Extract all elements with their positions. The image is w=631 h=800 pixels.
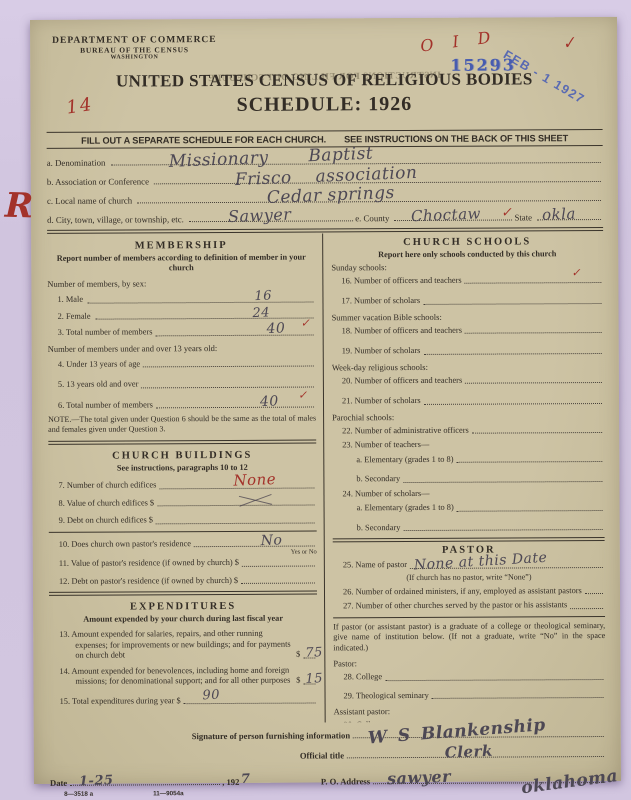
q24b-secondary: b. Secondary <box>357 522 605 534</box>
dollar-sign: $ <box>150 498 154 509</box>
official-title-row: Official title Clerk <box>50 748 606 761</box>
red-margin-letter: R <box>4 186 33 227</box>
dotted-line <box>424 401 602 405</box>
date-label: Date <box>50 777 67 787</box>
field-local-name: c. Local name of church Cedar springs <box>47 193 603 206</box>
dotted-line: sawyer oklahoma <box>373 780 604 784</box>
q11-value-residence: 11. Value of pastor's residence (if owne… <box>49 558 317 570</box>
q23-teachers: 23. Number of teachers— <box>332 439 604 451</box>
summer-schools-label: Summer vacation Bible schools: <box>332 311 604 322</box>
dotted-line <box>432 695 604 699</box>
check-icon: ✓ <box>571 266 581 280</box>
q20-officers-teachers: 20. Number of officers and teachers <box>332 375 604 387</box>
dotted-line: 40 ✓ <box>156 405 314 409</box>
county-value: Choctaw <box>411 204 482 225</box>
year-printed: , 192 <box>222 776 239 786</box>
q24-scholars: 24. Number of scholars— <box>332 488 604 500</box>
dotted-line <box>472 430 602 434</box>
dollar-sign: $ <box>296 650 300 661</box>
q8-value-edifices: 8. Value of church edifices $ <box>49 497 317 509</box>
dotted-line <box>457 508 603 512</box>
dotted-line: 15 <box>303 681 315 684</box>
check-icon: ✓ <box>301 316 311 330</box>
city-label: d. City, town, village, or township, etc… <box>47 214 186 225</box>
local-name-label: c. Local name of church <box>47 195 134 205</box>
official-title-label: Official title <box>300 750 344 760</box>
dollar-sign: $ <box>235 558 239 569</box>
church-schools-section: CHURCH SCHOOLS Report here only schools … <box>331 236 605 534</box>
q28-college: 28. College <box>333 671 605 683</box>
expenditures-section: EXPENDITURES Amount expended by your chu… <box>49 601 318 708</box>
q4-under-13: 4. Under 13 years of age <box>48 358 316 370</box>
dotted-line: okla <box>537 217 601 220</box>
dotted-line <box>157 503 314 507</box>
section-divider <box>48 439 316 444</box>
q3-value: 40 <box>266 321 286 339</box>
right-column: CHURCH SCHOOLS Report here only schools … <box>322 232 606 722</box>
q16-officers-teachers: 16. Number of officers and teachers ✓ <box>331 275 603 287</box>
agency-department: DEPARTMENT OF COMMERCE <box>52 35 217 46</box>
dotted-line <box>585 591 603 594</box>
weekday-schools-label: Week-day religious schools: <box>332 361 604 372</box>
church-buildings-section: CHURCH BUILDINGS See instructions, parag… <box>48 449 317 587</box>
dotted-line: ✓ <box>465 280 602 284</box>
dotted-line <box>242 563 315 566</box>
q14-value: 15 <box>305 671 323 688</box>
dollar-sign: $ <box>296 676 300 687</box>
dotted-line: Cedar springs <box>137 198 601 203</box>
q10-value: No <box>260 532 282 550</box>
address-label: P. O. Address <box>321 776 370 786</box>
dotted-line <box>156 520 315 524</box>
year-value: 7 <box>241 771 251 786</box>
date-address-row: Date 1-25 , 192 7 P. O. Address sawyer o… <box>50 769 606 787</box>
church-buildings-heading: CHURCH BUILDINGS <box>48 449 316 461</box>
q1-male: 1. Male 16 <box>47 294 315 306</box>
dotted-line <box>403 479 602 483</box>
members-by-age-label: Number of members under and over 13 year… <box>48 342 316 353</box>
form-code-right: 11—9054a <box>153 790 184 797</box>
scanned-document-view: { "colors":{"paper":"#c9bf9f","backgroun… <box>0 0 631 800</box>
dotted-line <box>457 459 603 463</box>
q6-value: 40 <box>260 393 280 411</box>
q27-other-churches: 27. Number of other churches served by t… <box>333 600 605 612</box>
dotted-line: 16 <box>88 299 314 303</box>
date-value: 1-25 <box>79 772 114 788</box>
signature-section: Signature of person furnishing informati… <box>50 728 606 797</box>
q10-own-residence: 10. Does church own pastor's residence N… <box>49 538 317 550</box>
spacer <box>50 741 192 742</box>
dotted-line: 75 <box>303 655 315 658</box>
q17-scholars: 17. Number of scholars <box>331 295 603 307</box>
dotted-line <box>423 351 601 355</box>
strikeout-mark <box>239 492 273 508</box>
q23b-secondary: b. Secondary <box>356 473 604 485</box>
membership-heading: MEMBERSHIP <box>47 239 315 251</box>
association-label: b. Association or Conference <box>47 176 151 187</box>
members-by-sex-label: Number of members, by sex: <box>47 278 315 289</box>
state-value: okla <box>542 204 577 223</box>
q15-total-expenditures: 15. Total expenditures during year $ 90 <box>50 695 318 707</box>
dollar-sign: $ <box>149 515 153 526</box>
official-title-value: Clerk <box>444 741 493 761</box>
q12-debt-residence: 12. Debt on pastor's residence (if owned… <box>49 575 317 587</box>
dotted-line <box>465 380 602 384</box>
denomination-label: a. Denomination <box>47 157 108 167</box>
q7-value: None <box>233 470 276 490</box>
q13-value: 75 <box>305 645 323 662</box>
form-content: DEPARTMENT OF COMMERCE BUREAU OF THE CEN… <box>30 17 621 784</box>
agency-block: DEPARTMENT OF COMMERCE BUREAU OF THE CEN… <box>52 35 217 61</box>
dotted-line <box>143 364 314 368</box>
membership-subheading: Report number of members according to de… <box>47 252 315 274</box>
membership-section: MEMBERSHIP Report number of members acco… <box>47 239 316 436</box>
red-handwritten-annotation: O I D <box>419 27 498 56</box>
q6-total-members: 6. Total number of members 40 ✓ <box>48 399 316 411</box>
section-divider <box>333 537 605 542</box>
signature-row: Signature of person furnishing informati… <box>50 728 606 741</box>
q9-debt-edifices: 9. Debt on church edifices $ <box>49 515 317 527</box>
left-column: MEMBERSHIP Report number of members acco… <box>47 233 325 723</box>
membership-note: NOTE.—The total given under Question 6 s… <box>48 414 316 436</box>
q2-value: 24 <box>252 305 270 322</box>
q19-scholars: 19. Number of scholars <box>332 345 604 357</box>
check-icon: ✓ <box>560 32 577 53</box>
q18-officers-teachers: 18. Number of officers and teachers <box>332 325 604 337</box>
banner-left-text: FILL OUT A SEPARATE SCHEDULE FOR EACH CH… <box>81 134 326 145</box>
q23a-elementary: a. Elementary (grades 1 to 8) <box>356 454 604 466</box>
pastor-section: PASTOR 25. Name of pastor None at this D… <box>333 544 606 723</box>
dollar-sign: $ <box>176 696 180 707</box>
dotted-line <box>465 330 602 334</box>
field-city-county-state: d. City, town, village, or township, etc… <box>47 212 603 225</box>
dotted-line: Choctaw ✓ <box>394 217 512 221</box>
rule <box>333 616 605 618</box>
dotted-line <box>141 384 314 388</box>
form-header: DEPARTMENT OF COMMERCE BUREAU OF THE CEN… <box>46 29 603 132</box>
spacer <box>50 760 300 761</box>
dotted-line: W S Blankenship <box>353 734 604 738</box>
check-icon: ✓ <box>501 205 513 220</box>
q21-scholars: 21. Number of scholars <box>332 395 604 407</box>
county-label: e. County <box>355 213 391 223</box>
dotted-line <box>241 581 315 584</box>
check-icon: ✓ <box>298 389 308 403</box>
q1-value: 16 <box>254 289 272 306</box>
dotted-line: 24 <box>95 316 313 320</box>
sunday-schools-label: Sunday schools: <box>331 261 603 272</box>
q13-running-expenses: 13. Amount expended for salaries, repair… <box>49 629 317 662</box>
dotted-line: No <box>194 544 315 548</box>
dotted-line: None <box>159 485 314 489</box>
q7-edifices: 7. Number of church edifices None <box>48 480 316 492</box>
pastor-group-label: Pastor: <box>333 657 605 668</box>
dotted-line <box>403 527 602 531</box>
assistant-pastor-label: Assistant pastor: <box>334 705 606 716</box>
form-code-left: 8—3518 a <box>64 790 93 797</box>
q25-hint: (If church has no pastor, write “None”) <box>333 572 605 583</box>
parochial-schools-label: Parochial schools: <box>332 411 604 422</box>
q25-pastor-name: 25. Name of pastor None at this Date <box>333 559 605 571</box>
dotted-line: Sawyer <box>189 218 353 222</box>
q29-seminary: 29. Theological seminary <box>334 690 606 702</box>
field-association: b. Association or Conference Frisco asso… <box>47 174 603 187</box>
q24a-elementary: a. Elementary (grades 1 to 8) <box>357 502 605 514</box>
identification-section: a. Denomination Missionary Baptist b. As… <box>47 155 603 225</box>
form-schedule-title: SCHEDULE: 1926 <box>46 92 602 118</box>
graduate-note: If pastor (or assistant pastor) is a gra… <box>333 621 605 654</box>
census-form-sheet: R DEPARTMENT OF COMMERCE BUREAU OF THE C… <box>30 17 621 784</box>
agency-city: WASHINGTON <box>52 54 217 61</box>
signature-label: Signature of person furnishing informati… <box>192 730 350 741</box>
form-columns: MEMBERSHIP Report number of members acco… <box>47 232 606 724</box>
q5-over-13: 5. 13 years old and over <box>48 379 316 391</box>
dotted-line: 40 ✓ <box>156 332 314 336</box>
banner-right-text: SEE INSTRUCTIONS ON THE BACK OF THIS SHE… <box>344 133 568 144</box>
dotted-line: Clerk <box>347 754 604 758</box>
q22-admin-officers: 22. Number of administrative officers <box>332 425 604 437</box>
city-value: Sawyer <box>228 204 292 226</box>
dotted-line <box>423 301 601 305</box>
dotted-line: 1-25 <box>70 782 220 786</box>
address-city-value: sawyer <box>387 766 452 788</box>
q15-value: 90 <box>202 688 220 705</box>
dotted-line <box>570 606 603 609</box>
dotted-line: None at this Date <box>410 565 603 569</box>
q26-ordained-ministers: 26. Number of ordained ministers, if any… <box>333 586 605 598</box>
dotted-line <box>385 677 603 681</box>
church-schools-heading: CHURCH SCHOOLS <box>331 236 603 248</box>
expenditures-subheading: Amount expended by your church during la… <box>49 614 317 626</box>
church-buildings-subheading: See instructions, paragraphs 10 to 12 <box>48 462 316 474</box>
expenditures-heading: EXPENDITURES <box>49 601 317 613</box>
dotted-line: 90 <box>184 701 316 705</box>
q3-total-members: 3. Total number of members 40 ✓ <box>48 327 316 339</box>
q14-benevolences: 14. Amount expended for benevolences, in… <box>49 665 317 687</box>
section-divider <box>49 591 317 596</box>
state-label: State <box>514 212 534 222</box>
dollar-sign: $ <box>234 575 238 586</box>
church-schools-subheading: Report here only schools conducted by th… <box>331 249 603 261</box>
form-title: UNITED STATES CENSUS OF RELIGIOUS BODIES <box>46 69 602 92</box>
